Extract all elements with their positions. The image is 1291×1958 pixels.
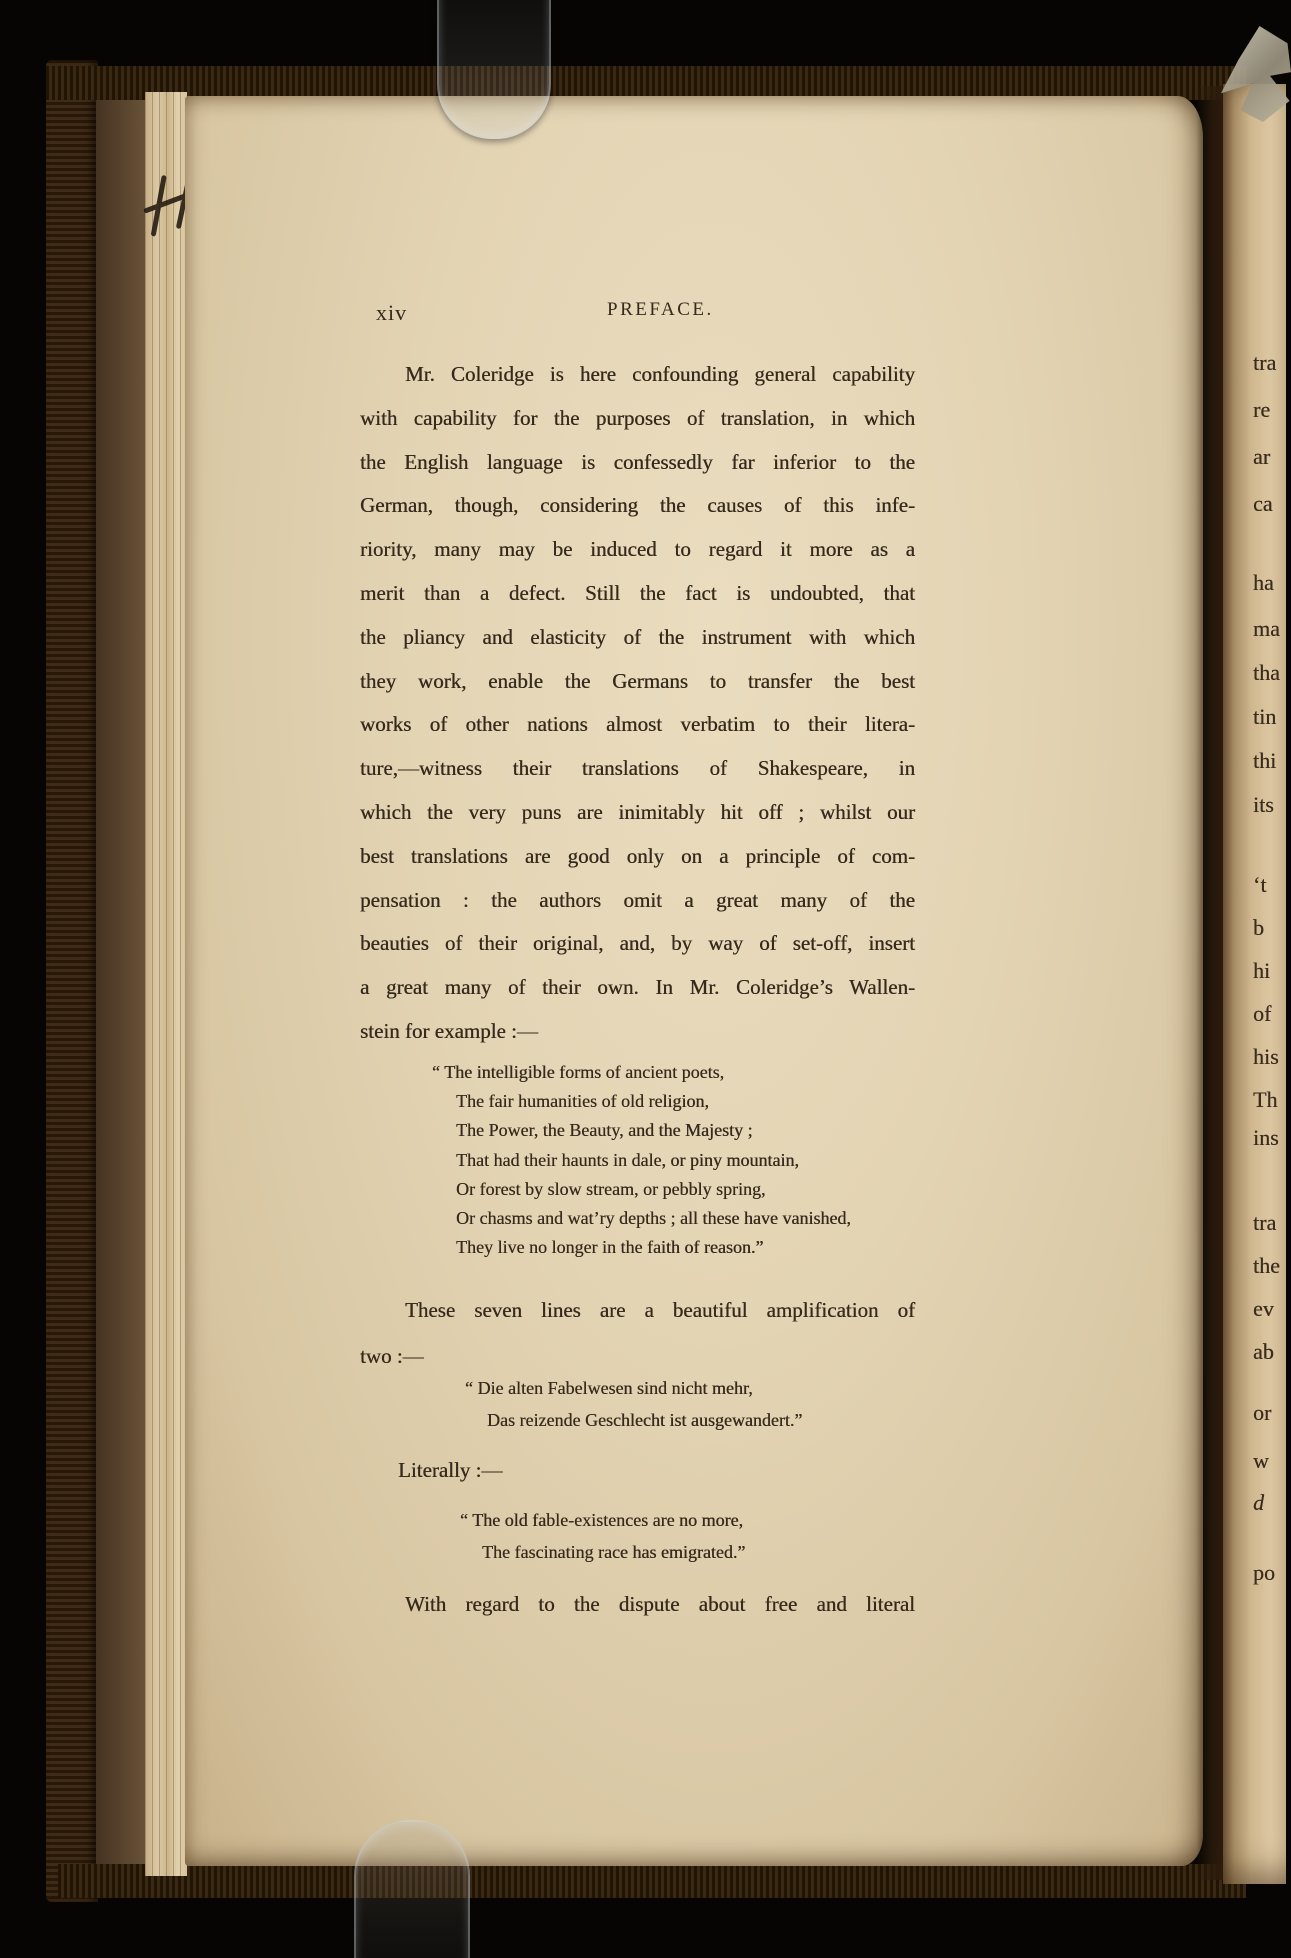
paragraph-1: Mr. Coleridge is here confounding genera… [360,353,915,1054]
verse-line: “ Die alten Fabelwesen sind nicht mehr, [465,1373,802,1405]
page-fore-edges-stack [145,92,187,1876]
facing-text-fragment: the [1253,1253,1280,1279]
verse-quote-german: “ Die alten Fabelwesen sind nicht mehr, … [465,1373,802,1436]
text-line: Mr. Coleridge is here confounding genera… [360,353,915,397]
text-line: they work, enable the Germans to transfe… [360,660,915,704]
facing-text-fragment: Th [1253,1087,1277,1113]
verse-line: They live no longer in the faith of reas… [432,1233,932,1262]
text-line: the pliancy and elasticity of the instru… [360,616,915,660]
facing-text-fragment: thi [1253,748,1276,774]
facing-text-fragment: ar [1253,444,1270,470]
text-line: ture,—witness their translations of Shak… [360,747,915,791]
verse-quote-literal-translation: “ The old fable-existences are no more, … [460,1505,745,1568]
verse-line: Or forest by slow stream, or pebbly spri… [432,1175,932,1204]
book-bottom-leather-edge [58,1864,1246,1898]
verse-quote-english-poem: “ The intelligible forms of ancient poet… [432,1058,932,1262]
text-line: stein for example :— [360,1010,915,1054]
acrylic-page-holder-bottom [354,1820,470,1958]
book-top-leather-edge [46,66,1246,100]
verse-line: That had their haunts in dale, or piny m… [432,1146,932,1175]
page-header: xiv PREFACE. [360,297,915,327]
facing-text-fragment: ev [1253,1296,1274,1322]
text-line: These seven lines are a beautiful amplif… [360,1287,915,1333]
facing-text-fragment: tra [1253,350,1276,376]
text-line: beauties of their original, and, by way … [360,922,915,966]
book-cover-spine-edge [46,60,98,1902]
left-page: xiv PREFACE. Mr. Coleridge is here confo… [185,96,1203,1866]
facing-text-fragment: re [1253,397,1270,423]
paragraph-2: These seven lines are a beautiful amplif… [360,1287,915,1379]
facing-text-fragment: ‘t [1253,872,1266,898]
verse-line: The Power, the Beauty, and the Majesty ; [432,1116,932,1145]
facing-text-fragment: ca [1253,491,1273,517]
facing-text-fragment: b [1253,915,1264,941]
running-header: PREFACE. [607,299,714,321]
facing-text-fragment: ab [1253,1339,1274,1365]
facing-text-fragment: ma [1253,616,1280,642]
facing-text-fragment: d [1253,1490,1264,1516]
verse-line: Or chasms and wat’ry depths ; all these … [432,1204,932,1233]
facing-text-fragment: w [1253,1448,1269,1474]
text-line: the English language is confessedly far … [360,441,915,485]
facing-text-fragment: its [1253,792,1274,818]
text-line: riority, many may be induced to regard i… [360,528,915,572]
facing-text-fragment: his [1253,1044,1279,1070]
facing-text-fragment: ha [1253,570,1274,596]
text-line: With regard to the dispute about free an… [360,1592,915,1617]
facing-text-fragment: of [1253,1001,1271,1027]
facing-text-fragment: tra [1253,1210,1276,1236]
paragraph-3: With regard to the dispute about free an… [360,1592,915,1617]
verse-line: “ The intelligible forms of ancient poet… [432,1058,932,1087]
literally-label: Literally :— [398,1458,698,1483]
verse-line: The fair humanities of old religion, [432,1087,932,1116]
facing-text-fragment: po [1253,1560,1275,1586]
facing-text-fragment: tha [1253,660,1280,686]
acrylic-page-holder-top [437,0,551,139]
book-gutter-shadow [1196,86,1224,1880]
text-line: works of other nations almost verbatim t… [360,703,915,747]
text-line: German, though, considering the causes o… [360,484,915,528]
text-line: merit than a defect. Still the fact is u… [360,572,915,616]
book-board-inner [96,78,146,1878]
text-line: best translations are good only on a pri… [360,835,915,879]
facing-text-fragment: ins [1253,1125,1279,1151]
scanned-book-photo: { "book": { "handwritten_mark": "#o" }, … [0,0,1291,1958]
verse-line: Das reizende Geschlecht ist ausgewandert… [465,1405,802,1437]
facing-text-fragment: tin [1253,704,1276,730]
facing-text-fragment: or [1253,1400,1271,1426]
verse-line: “ The old fable-existences are no more, [460,1505,745,1537]
facing-page-sliver: tra re ar ca ha ma tha tin thi its ‘t b … [1223,84,1286,1884]
text-line: pensation : the authors omit a great man… [360,879,915,923]
text-line: with capability for the purposes of tran… [360,397,915,441]
page-number: xiv [376,300,407,326]
text-line: a great many of their own. In Mr. Coleri… [360,966,915,1010]
text-line: which the very puns are inimitably hit o… [360,791,915,835]
verse-line: The fascinating race has emigrated.” [460,1537,745,1569]
facing-text-fragment: hi [1253,958,1270,984]
